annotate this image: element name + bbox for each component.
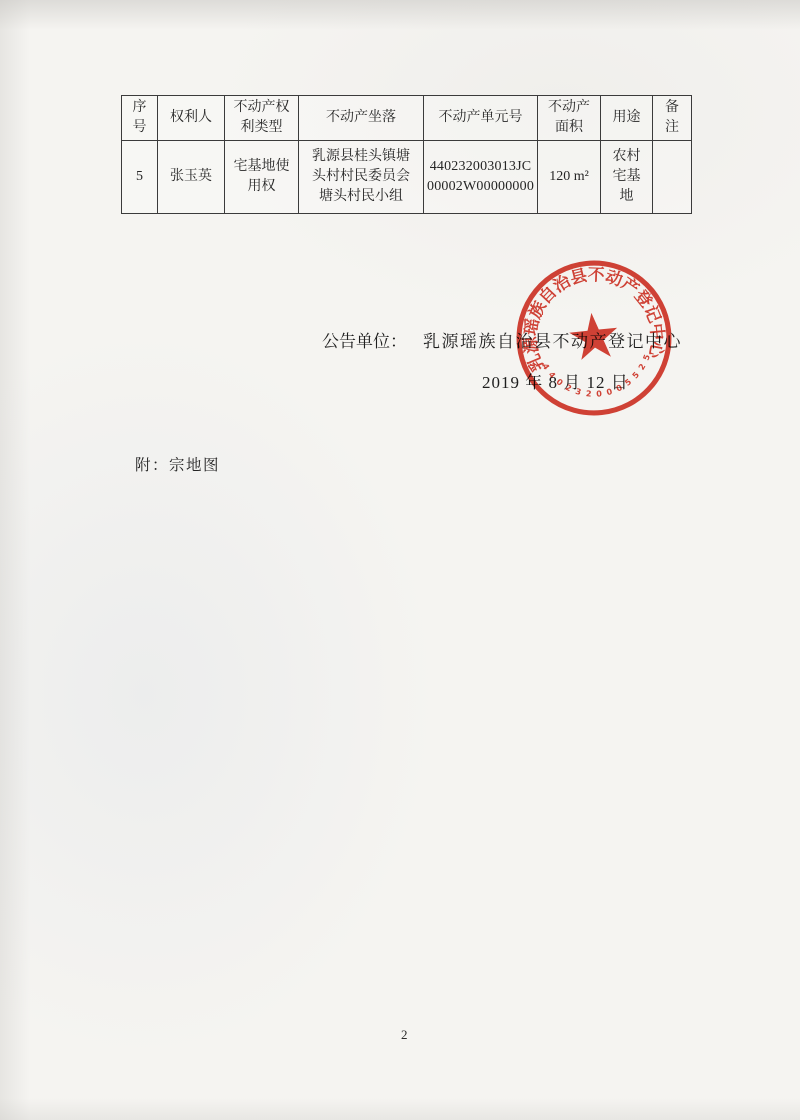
header-unit-no: 不动产单元号 <box>424 96 538 141</box>
cell-usage: 农村 宅基 地 <box>601 140 653 213</box>
cell-seq: 5 <box>122 140 158 213</box>
header-right-type: 不动产权 利类型 <box>225 96 299 141</box>
scan-shading-left <box>0 0 30 1120</box>
scanned-notice-page: 序 号 权利人 不动产权 利类型 不动产坐落 不动产单元号 不动产 面积 用途 … <box>0 0 800 1120</box>
announcement-unit-name: 乳源瑶族自治县不动产登记中心 <box>423 332 682 351</box>
header-remark: 备 注 <box>653 96 692 141</box>
announcement-unit-label: 公告单位： <box>322 332 407 351</box>
announcement-date: 2019 年 8 月 12 日 <box>482 368 629 393</box>
header-location: 不动产坐落 <box>299 96 424 141</box>
scan-shading-bottom <box>0 1098 800 1120</box>
cell-right-type: 宅基地使 用权 <box>225 140 299 213</box>
header-usage: 用途 <box>601 96 653 141</box>
table-row: 5 张玉英 宅基地使 用权 乳源县桂头镇塘 头村村民委员会 塘头村民小组 440… <box>122 140 692 213</box>
attachment-note: 附：宗地图 <box>135 453 220 475</box>
seal-ring-text-holder: 乳源瑶族自治县不动产登记中心 <box>513 258 670 376</box>
cell-remark <box>653 140 692 213</box>
registration-table: 序 号 权利人 不动产权 利类型 不动产坐落 不动产单元号 不动产 面积 用途 … <box>121 95 692 214</box>
announcement-line: 公告单位：乳源瑶族自治县不动产登记中心 <box>322 327 682 352</box>
header-holder: 权利人 <box>158 96 225 141</box>
cell-area: 120 m² <box>538 140 601 213</box>
scan-shading-top <box>0 0 800 30</box>
header-seq: 序 号 <box>122 96 158 141</box>
cell-location: 乳源县桂头镇塘 头村村民委员会 塘头村民小组 <box>299 140 424 213</box>
cell-unit-no: 440232003013JC 00002W00000000 <box>424 140 538 213</box>
table-header-row: 序 号 权利人 不动产权 利类型 不动产坐落 不动产单元号 不动产 面积 用途 … <box>122 96 692 141</box>
seal-ring-text: 乳源瑶族自治县不动产登记中心 <box>513 258 670 376</box>
registration-table-container: 序 号 权利人 不动产权 利类型 不动产坐落 不动产单元号 不动产 面积 用途 … <box>121 95 692 214</box>
page-number: 2 <box>401 1027 408 1043</box>
header-area: 不动产 面积 <box>538 96 601 141</box>
cell-holder: 张玉英 <box>158 140 225 213</box>
